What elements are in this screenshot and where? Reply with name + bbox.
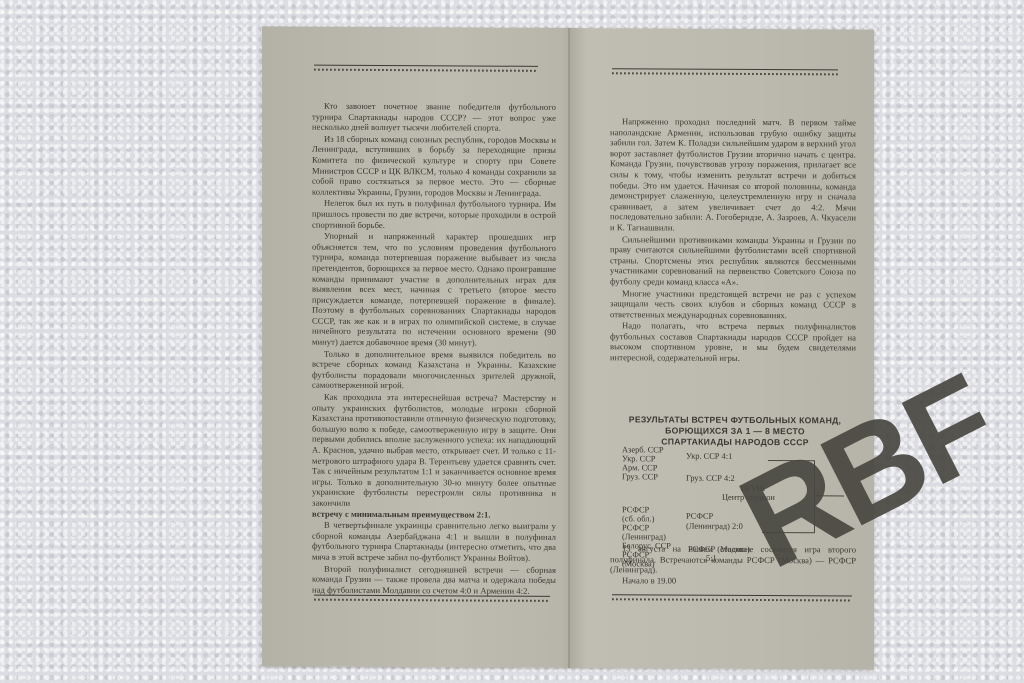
paragraph-emphasis: встречу с минимальным преимуществом 2:1.: [312, 508, 556, 520]
paragraph: Нелегок был их путь в полуфинал футбольн…: [312, 198, 556, 231]
paragraph: Сильнейшими противниками команды Украины…: [610, 234, 856, 288]
paragraph: Только в дополнительное время выявился п…: [312, 348, 556, 392]
center-fold: [568, 28, 570, 668]
right-page-text: Напряженно проходил последний матч. В пе…: [610, 116, 856, 365]
left-page: Кто завоюет почетное звание победителя ф…: [282, 27, 562, 668]
paragraph: В четвертьфинале украинцы сравнительно л…: [312, 520, 556, 564]
paragraph: Многие участники предстоящей встречи не …: [610, 288, 856, 321]
paragraph: Напряженно проходил последний матч. В пе…: [610, 116, 856, 234]
paragraph: Из 18 сборных команд союзных республик, …: [312, 133, 556, 198]
bracket-result: (Ленинград) 2:0: [686, 523, 743, 532]
paragraph: Кто завоюет почетное звание победителя ф…: [312, 101, 556, 134]
paragraph: Как проходила эта интереснейшая встреча?…: [312, 392, 556, 510]
decorative-rule-top: [314, 65, 538, 73]
left-page-text: Кто завоюет почетное звание победителя ф…: [312, 101, 556, 598]
decorative-rule-bottom: [314, 595, 550, 603]
paragraph: Упорный и напряженный характер прошедших…: [312, 231, 556, 349]
paragraph: Второй полуфиналист сегодняшней встречи …: [312, 563, 556, 596]
paragraph: Надо полагать, что встреча первых полуфи…: [610, 321, 856, 365]
decorative-rule-top: [612, 68, 838, 76]
bracket-team: Груз. ССР: [622, 473, 658, 482]
bracket-result: РСФСР: [686, 513, 713, 522]
